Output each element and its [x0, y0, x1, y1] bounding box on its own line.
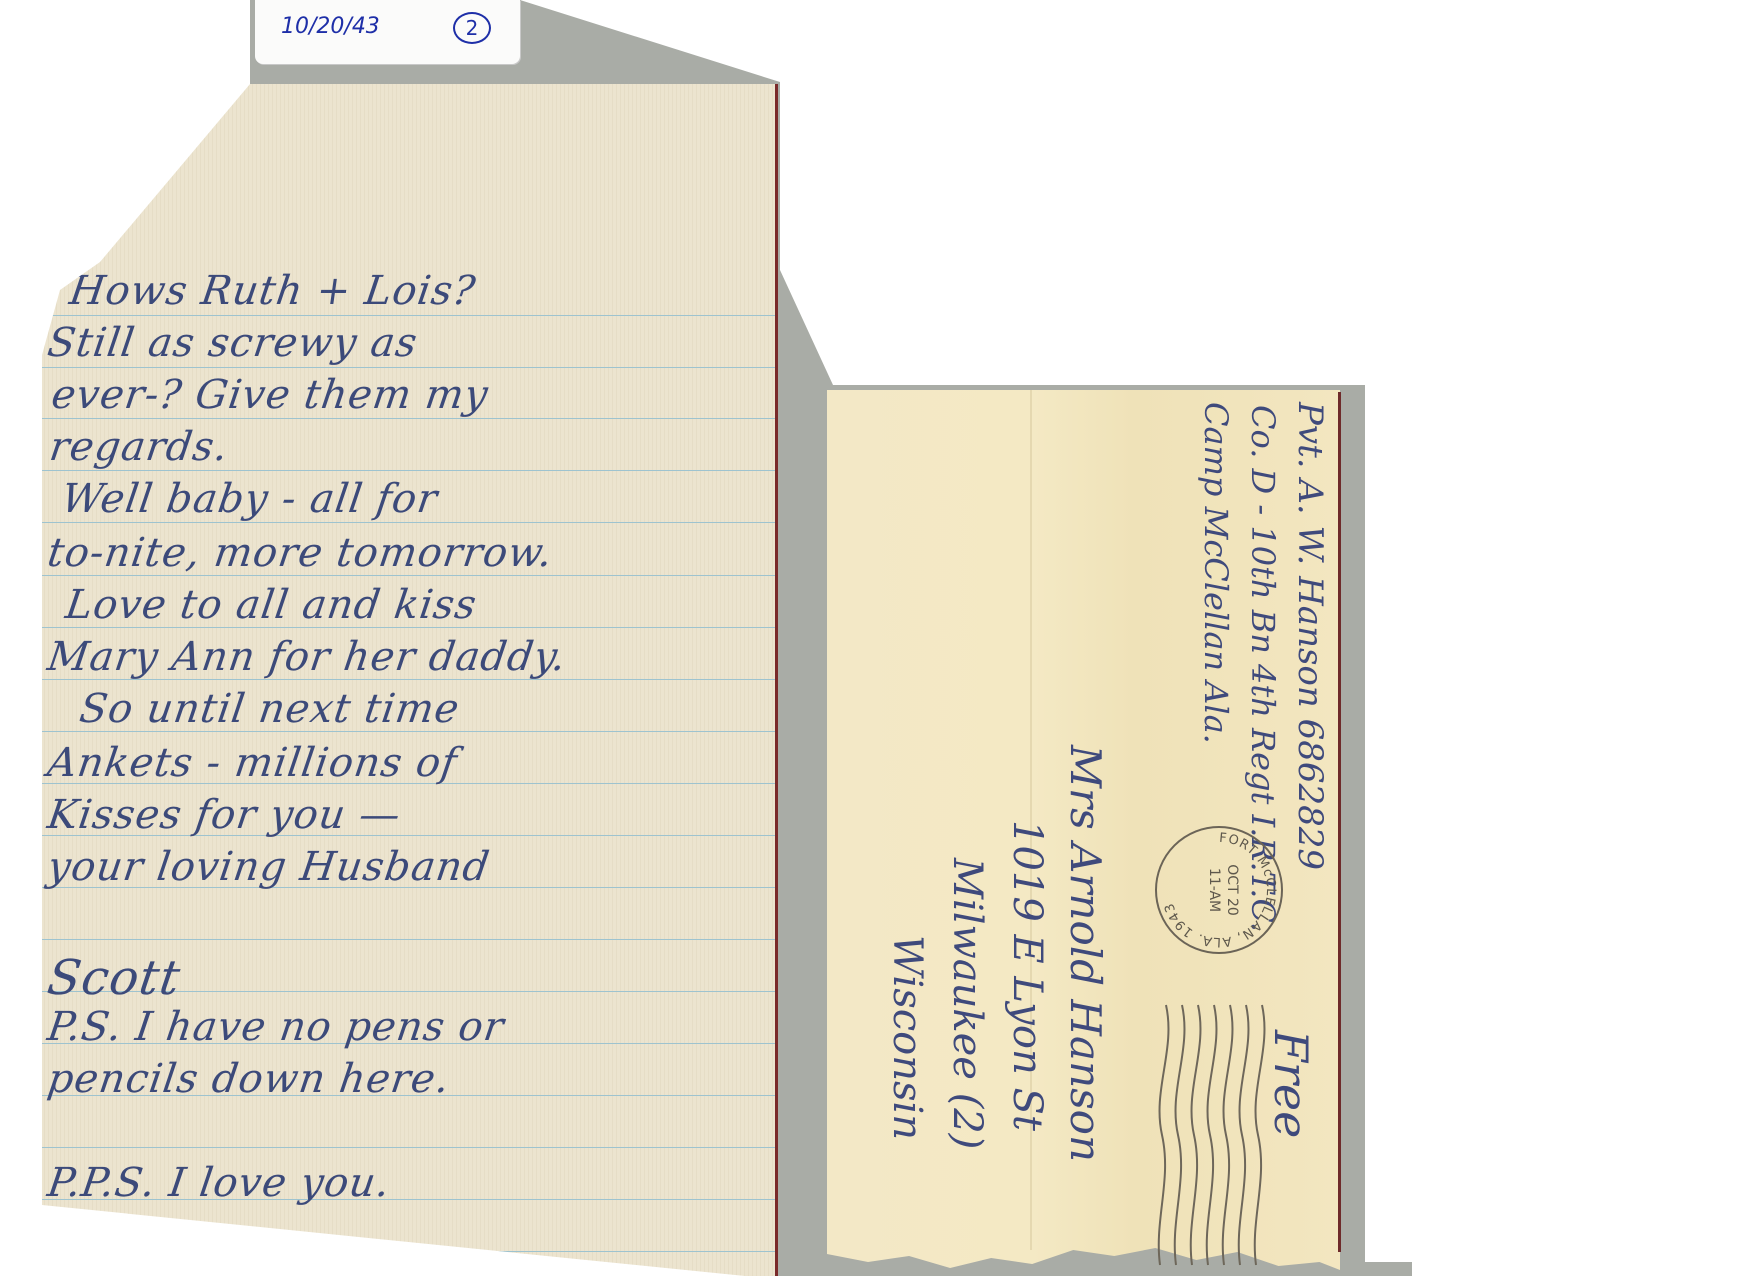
recipient-line: Wisconsin	[884, 935, 930, 1140]
return-address-line: Pvt. A. W. Hanson 6862829	[1290, 402, 1330, 870]
letter-signature: Scott	[44, 950, 184, 1006]
postmark-date: OCT 20	[1223, 828, 1241, 952]
letter-line: P.P.S. I love you.	[45, 1160, 393, 1206]
letter-line: Mary Ann for her daddy.	[45, 634, 569, 680]
letter-line: your loving Husband	[45, 844, 493, 890]
letter-line: to-nite, more tomorrow.	[45, 530, 556, 576]
letter-line: Well baby - all for	[59, 476, 441, 522]
letter-line: ever-? Give them my	[49, 372, 492, 418]
rule-line	[42, 939, 777, 940]
archive-label-card: 10/20/43 2	[255, 0, 520, 64]
cancellation-lines-icon	[1150, 1000, 1280, 1270]
return-address-line: Camp McClellan Ala.	[1197, 402, 1235, 744]
letter-line: Love to all and kiss	[63, 582, 480, 628]
label-page-number: 2	[453, 12, 491, 44]
rule-line	[42, 367, 777, 368]
letter-line: Still as screwy as	[45, 320, 421, 366]
rule-line	[42, 315, 777, 316]
label-date: 10/20/43	[281, 14, 380, 39]
rule-line	[42, 1147, 777, 1148]
postmark-center: OCT 20 11-AM	[1205, 828, 1241, 952]
letter-line: pencils down here.	[45, 1056, 453, 1102]
letter-line: So until next time	[77, 686, 463, 732]
recipient-line: 1019 E Lyon St	[1004, 820, 1050, 1131]
letter-line: Kisses for you —	[45, 792, 404, 838]
postmark-stamp: FORT McCLELLAN, ALA. 1943 OCT 20 11-AM	[1155, 826, 1283, 954]
postage-free-note: Free	[1264, 1030, 1318, 1138]
letter-line: regards.	[47, 424, 232, 470]
letter-line: Hows Ruth + Lois?	[67, 268, 479, 314]
letter-edge	[775, 84, 778, 1276]
recipient-line: Mrs Arnold Hanson	[1061, 745, 1110, 1162]
envelope-edge	[1338, 392, 1341, 1252]
postmark-time: 11-AM	[1205, 828, 1223, 952]
rule-line	[42, 470, 777, 471]
recipient-line: Milwaukee (2)	[944, 858, 990, 1149]
letter-line: Ankets - millions of	[45, 740, 461, 786]
rule-line	[42, 522, 777, 523]
rule-line	[42, 418, 777, 419]
letter-line: P.S. I have no pens or	[45, 1004, 508, 1050]
